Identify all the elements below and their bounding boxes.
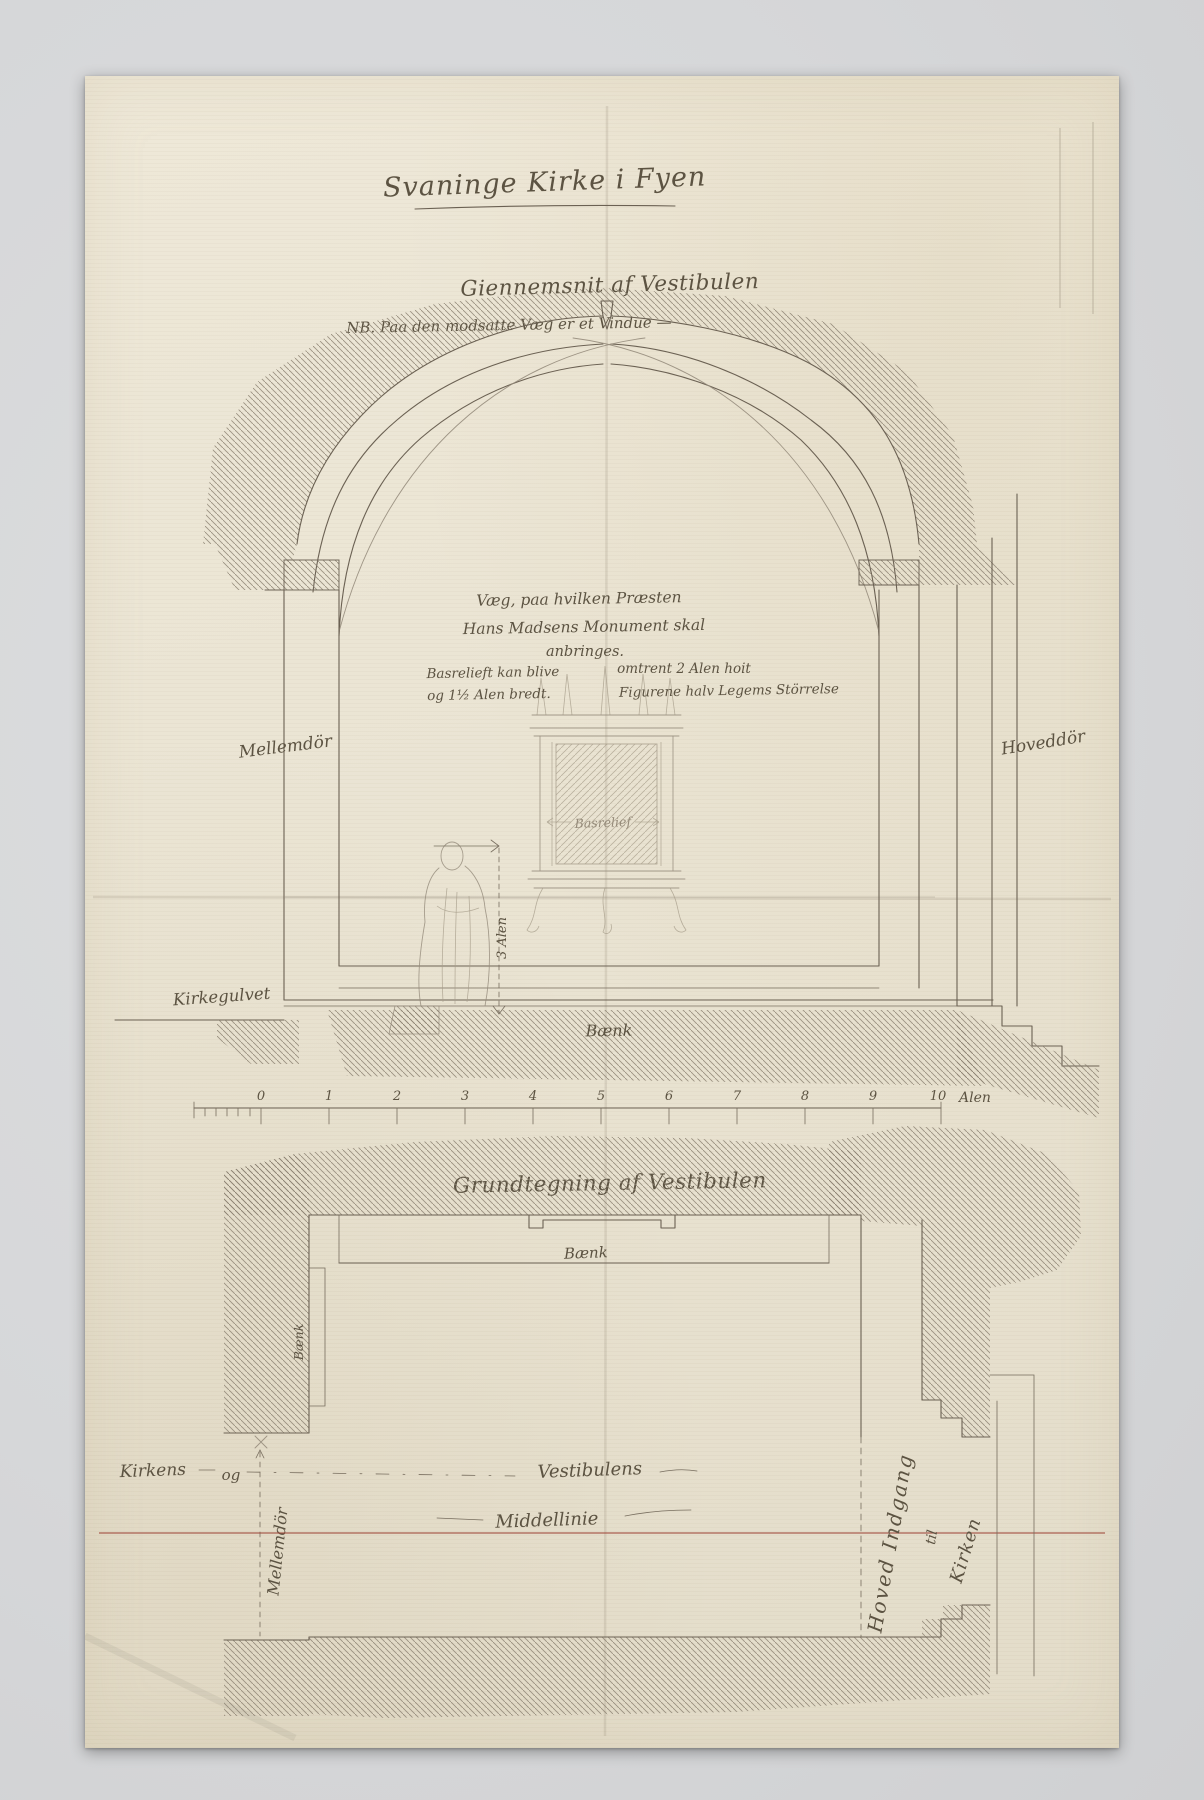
svg-text:4: 4 xyxy=(528,1089,537,1104)
label-mellemdor-section: Mellemdör xyxy=(237,731,334,763)
label-til: til xyxy=(923,1529,941,1546)
wall-note-right1: omtrent 2 Alen hoit xyxy=(617,661,751,677)
svg-text:8: 8 xyxy=(801,1089,809,1104)
masonry-wedge-right xyxy=(919,544,1015,585)
label-vestibulens: Vestibulens xyxy=(537,1458,642,1483)
svg-text:7: 7 xyxy=(733,1089,742,1104)
svg-text:10: 10 xyxy=(930,1089,947,1104)
wall-note-line1: Væg, paa hvilken Præsten xyxy=(476,588,682,610)
title-underline xyxy=(415,205,675,209)
scanned-drawing-page: { "page": { "title": "Svaninge Kirke i F… xyxy=(0,0,1204,1800)
wall-note-right2: Figurene halv Legems Störrelse xyxy=(618,681,839,701)
svg-text:9: 9 xyxy=(869,1089,877,1104)
label-kirkegulvet: Kirkegulvet xyxy=(171,984,271,1010)
section-floor xyxy=(115,966,993,1086)
svg-text:3: 3 xyxy=(461,1089,469,1104)
margin-lines xyxy=(1060,122,1093,314)
plan-benches: Bænk Bænk xyxy=(291,1215,829,1406)
centerline-labels: Kirkens og Vestibulens Middellinie xyxy=(118,1458,697,1533)
statue-sketch xyxy=(389,842,490,1034)
drawing-sheet: Svaninge Kirke i Fyen Giennemsnit af Ves… xyxy=(85,76,1119,1748)
label-baenk-section: Bænk xyxy=(584,1021,632,1041)
label-mellemdor-plan: Mellemdör xyxy=(263,1505,291,1597)
label-og: og xyxy=(222,1466,241,1484)
plan-top-wall xyxy=(224,1136,861,1215)
scale-numbers: 0 1 2 3 4 5 6 7 8 9 10 Alen xyxy=(257,1089,991,1106)
section-left-wall xyxy=(265,560,339,1000)
plan-left-wall-lower xyxy=(224,1640,309,1716)
svg-text:2: 2 xyxy=(392,1089,401,1104)
svg-text:0: 0 xyxy=(257,1089,265,1104)
wall-note-left1: Basrelieft kan blive xyxy=(425,664,559,682)
wall-note-line3: anbringes. xyxy=(546,644,624,660)
label-kirkens: Kirkens xyxy=(118,1460,186,1482)
label-kirken: Kirken xyxy=(946,1515,986,1586)
label-baenk-plan-left: Bænk xyxy=(291,1324,306,1362)
scale-bar: 0 1 2 3 4 5 6 7 8 9 10 Alen xyxy=(194,1089,991,1124)
svg-text:6: 6 xyxy=(665,1089,673,1104)
svg-text:5: 5 xyxy=(597,1089,605,1104)
plan-right-wall xyxy=(829,1126,1081,1437)
wall-note-line2: Hans Madsens Monument skal xyxy=(462,616,706,638)
scale-unit: Alen xyxy=(957,1090,991,1106)
plan-view: Grundtegning af Vestibulen xyxy=(99,1126,1105,1718)
drawing-canvas: Svaninge Kirke i Fyen Giennemsnit af Ves… xyxy=(85,76,1119,1748)
plan-left-door: Mellemdör xyxy=(255,1436,292,1636)
label-hoveddor-section: Hoveddör xyxy=(999,726,1088,759)
dimension-3-alen: 3 Alen xyxy=(495,917,510,959)
svg-text:1: 1 xyxy=(325,1089,333,1104)
plan-monument-niche xyxy=(529,1215,675,1228)
wall-note-left2: og 1½ Alen bredt. xyxy=(427,686,551,704)
wall-annotation: Væg, paa hvilken Præsten Hans Madsens Mo… xyxy=(425,588,839,704)
label-hoved-indgang: Hoved Indgang xyxy=(862,1451,917,1635)
label-baenk-plan-top: Bænk xyxy=(563,1243,608,1263)
monument-basrelief-label: Basrelief xyxy=(573,814,633,831)
page-title: Svaninge Kirke i Fyen xyxy=(383,161,707,203)
label-middellinie: Middellinie xyxy=(494,1508,599,1533)
plan-left-wall xyxy=(224,1154,309,1433)
